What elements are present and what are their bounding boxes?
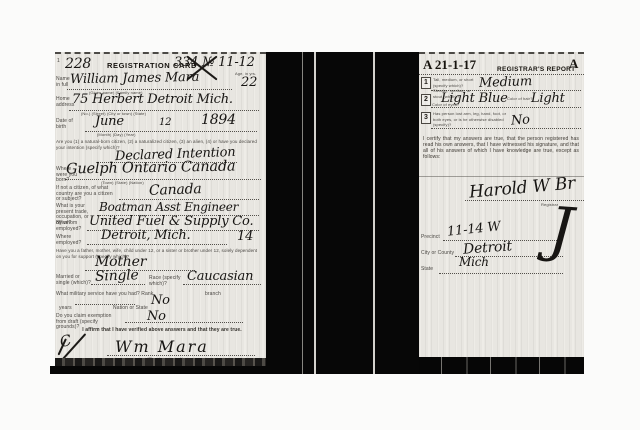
hair-value: Light	[531, 92, 565, 105]
state-label: State	[421, 267, 433, 273]
military-value: No	[151, 294, 170, 307]
trade-value: Boatman Asst Engineer	[99, 201, 238, 213]
disability-value: No	[511, 113, 531, 127]
married-label: Married or single (which)?	[56, 275, 92, 286]
film-bar-right	[419, 357, 584, 374]
rule	[87, 244, 227, 245]
race-label: Race (specify which)?	[149, 276, 181, 287]
dependents-label: Have you a father, mother, wife, child u…	[56, 248, 262, 259]
dob-year: 1894	[201, 113, 236, 127]
certification-text: I certify that my answers are true, that…	[423, 136, 579, 160]
city-county-label: City or County	[421, 251, 454, 257]
rule	[91, 284, 145, 285]
row-number-3: 3	[421, 112, 431, 124]
pen-flourish-j: J	[547, 199, 575, 261]
employer-label: By whom employed?	[56, 221, 88, 232]
film-scratch	[302, 52, 303, 374]
rule	[183, 284, 261, 285]
rule	[431, 128, 581, 129]
rule	[431, 107, 581, 108]
employer-value: United Fuel & Supply Co.	[89, 215, 253, 228]
film-scratch	[314, 52, 316, 374]
dob-sublabel: (Month) (Day) (Year)	[97, 132, 136, 138]
registrant-signature: Wm Mara	[115, 339, 209, 355]
hair-label: Color of hair?	[507, 96, 532, 102]
build-value: Medium	[479, 75, 532, 90]
where-employed-value: Detroit, Mich.	[101, 229, 190, 242]
margin-number: 1	[57, 59, 60, 65]
dob-month: June	[95, 115, 124, 128]
rule	[75, 304, 135, 305]
dob-day: 12	[159, 118, 171, 128]
film-scratch	[373, 52, 375, 374]
affirmation-text: I affirm that I have verified above answ…	[69, 328, 255, 334]
subject-value: Canada	[149, 182, 202, 198]
film-smudge-band	[55, 358, 266, 366]
age-value: 22	[241, 76, 257, 89]
rule	[65, 179, 261, 180]
rule	[439, 273, 563, 274]
military-branch-label: branch	[205, 292, 221, 298]
military-nation-label: Nation or State	[113, 306, 148, 312]
name-value: William James Mara	[70, 71, 199, 86]
registrars-report-card: A 21-1-17 REGISTRAR'S REPORT A 1 Tall, m…	[419, 52, 584, 357]
film-bar-left	[50, 366, 266, 374]
rule	[125, 322, 243, 323]
race-value: Caucasian	[187, 270, 253, 283]
name-label: Name in full	[56, 77, 71, 88]
address-value: 75 Herbert Detroit Mich.	[72, 93, 233, 106]
dob-label: Date of birth	[56, 119, 76, 130]
report-title: REGISTRAR'S REPORT	[497, 66, 575, 73]
row-number-1: 1	[421, 77, 431, 89]
serial-number: 228	[65, 57, 91, 71]
precinct-value: 11-14 W	[446, 220, 501, 239]
row-number-2: 2	[421, 94, 431, 106]
married-value: Single	[95, 268, 139, 284]
registration-card: 1 228 REGISTRATION CARD 334 № 11-12 Name…	[55, 52, 266, 358]
report-corner-letter: A	[569, 56, 578, 72]
disability-label: Has person lost arm, leg, hand, foot, or…	[433, 111, 509, 128]
military-years-label: years	[59, 306, 72, 312]
precinct-label: Precinct	[421, 235, 440, 241]
birthplace-value: Guelph Ontario Canada	[66, 160, 236, 177]
state-note: Mich	[459, 256, 489, 268]
eyes-value: Light Blue	[441, 92, 508, 105]
film-strip	[266, 52, 419, 374]
where-employed-label: Where employed?	[56, 235, 88, 246]
where-employed-extra: 14	[237, 230, 253, 243]
report-code: A 21-1-17	[423, 57, 476, 73]
